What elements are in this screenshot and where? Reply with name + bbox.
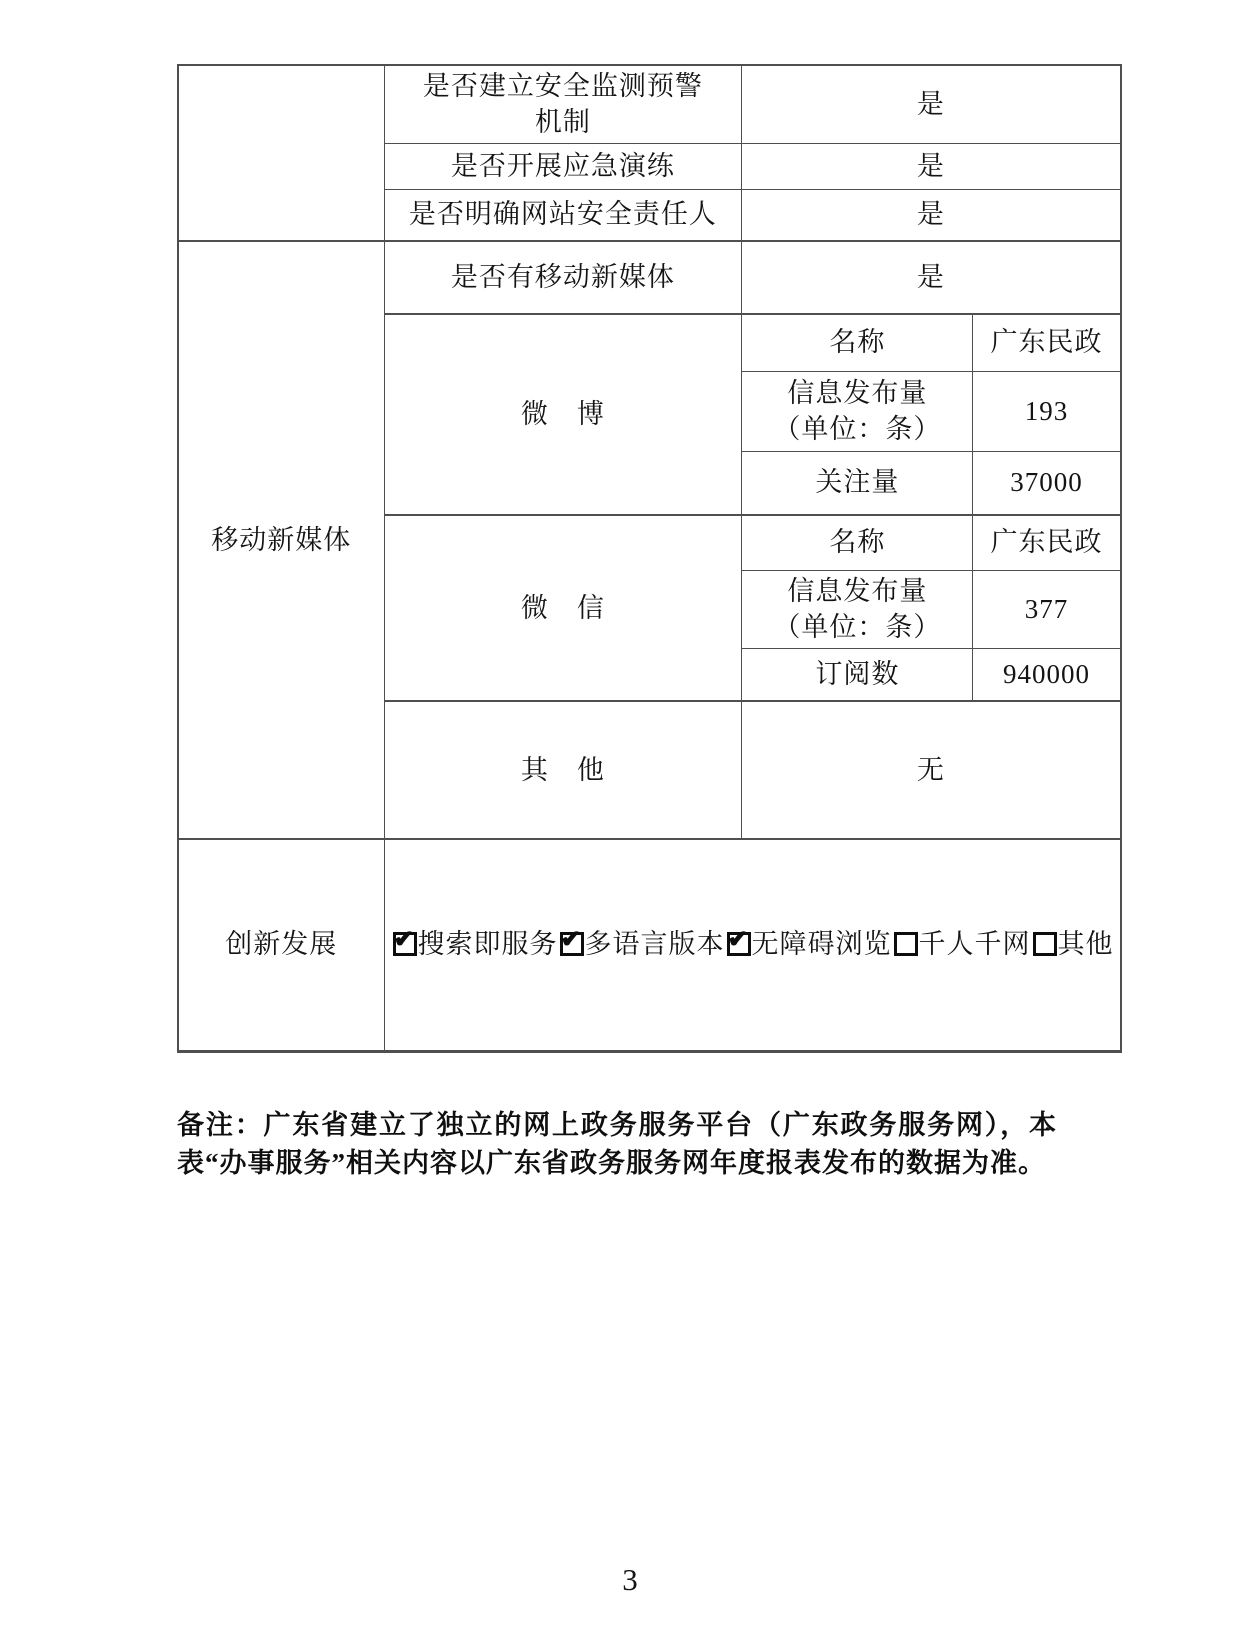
innovation-option: ✔搜索即服务	[391, 926, 558, 963]
question-cell: 是否建立安全监测预警 机制	[384, 65, 742, 143]
field-label: （单位：条）	[748, 411, 966, 447]
document-page: 是否建立安全监测预警 机制 是 是否开展应急演练 是 是否明确网站安全责任人 是…	[0, 0, 1260, 1642]
answer-cell: 是	[742, 143, 1121, 189]
question-cell: 是否明确网站安全责任人	[384, 189, 742, 241]
field-value-cell: 377	[973, 570, 1121, 648]
section-label-mobile-media: 移动新媒体	[178, 241, 384, 839]
field-value-cell: 37000	[973, 451, 1121, 515]
check-icon: ✔	[728, 928, 749, 952]
answer-cell: 是	[742, 241, 1121, 314]
field-label-cell: 关注量	[742, 451, 973, 515]
question-cell: 是否有移动新媒体	[384, 241, 742, 314]
field-label-cell: 信息发布量 （单位：条）	[742, 371, 973, 451]
annual-report-table: 是否建立安全监测预警 机制 是 是否开展应急演练 是 是否明确网站安全责任人 是…	[177, 64, 1122, 1053]
field-value-cell: 940000	[973, 648, 1121, 701]
check-icon: ✔	[394, 928, 415, 952]
option-label: 其他	[1058, 929, 1114, 959]
answer-cell: 是	[742, 189, 1121, 241]
field-label-cell: 信息发布量 （单位：条）	[742, 570, 973, 648]
checkbox-unchecked-icon: ✔	[894, 932, 918, 956]
checkbox-checked-icon: ✔	[393, 932, 417, 956]
innovation-option: ✔无障碍浏览	[725, 926, 892, 963]
innovation-option: ✔多语言版本	[558, 926, 725, 963]
field-label: 信息发布量	[748, 573, 966, 609]
remark-note: 备注：广东省建立了独立的网上政务服务平台（广东政务服务网），本表“办事服务”相关…	[177, 1106, 1057, 1182]
question-label: 机制	[391, 104, 736, 140]
table-row: 创新发展 ✔搜索即服务 ✔多语言版本 ✔无障碍浏览 ✔千人千网 ✔其他	[178, 839, 1121, 1051]
section-label-innovation: 创新发展	[178, 839, 384, 1051]
question-label: 是否建立安全监测预警	[391, 68, 736, 104]
field-value-cell: 193	[973, 371, 1121, 451]
check-icon: ✔	[561, 928, 582, 952]
option-label: 千人千网	[919, 929, 1031, 959]
table-row: 是否建立安全监测预警 机制 是	[178, 65, 1121, 143]
table-row: 移动新媒体 是否有移动新媒体 是	[178, 241, 1121, 314]
question-cell: 是否开展应急演练	[384, 143, 742, 189]
other-media-label-cell: 其 他	[384, 701, 742, 839]
other-media-value-cell: 无	[742, 701, 1121, 839]
wechat-label-cell: 微 信	[384, 515, 742, 701]
field-label-cell: 订阅数	[742, 648, 973, 701]
answer-cell: 是	[742, 65, 1121, 143]
field-label-cell: 名称	[742, 314, 973, 371]
field-label: （单位：条）	[748, 609, 966, 645]
field-value-cell: 广东民政	[973, 515, 1121, 570]
section-label-cell-empty	[178, 65, 384, 241]
option-label: 多语言版本	[585, 929, 725, 959]
field-label: 信息发布量	[748, 375, 966, 411]
checkbox-checked-icon: ✔	[560, 932, 584, 956]
option-label: 搜索即服务	[418, 929, 558, 959]
page-number: 3	[0, 1562, 1260, 1598]
innovation-option: ✔其他	[1031, 926, 1114, 963]
weibo-label-cell: 微 博	[384, 314, 742, 515]
option-label: 无障碍浏览	[752, 929, 892, 959]
field-value-cell: 广东民政	[973, 314, 1121, 371]
checkbox-unchecked-icon: ✔	[1033, 932, 1057, 956]
innovation-option: ✔千人千网	[892, 926, 1031, 963]
innovation-options-cell: ✔搜索即服务 ✔多语言版本 ✔无障碍浏览 ✔千人千网 ✔其他	[384, 839, 1121, 1051]
field-label-cell: 名称	[742, 515, 973, 570]
checkbox-checked-icon: ✔	[727, 932, 751, 956]
